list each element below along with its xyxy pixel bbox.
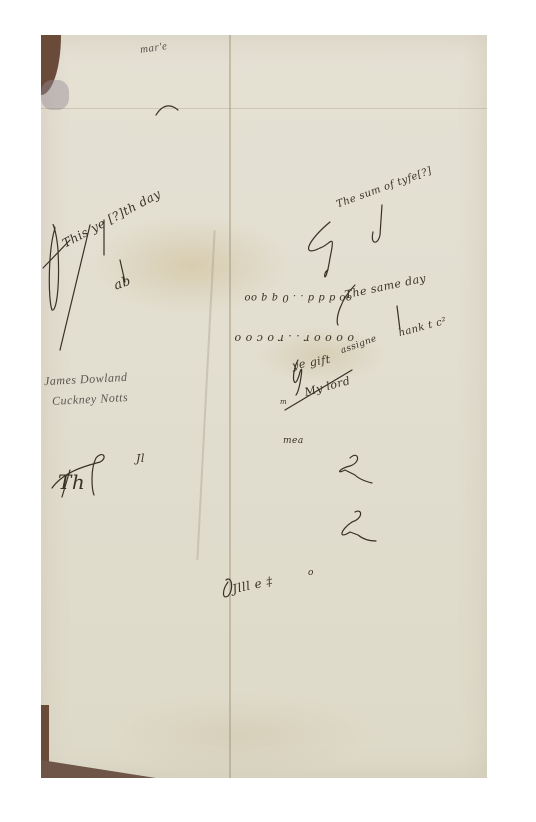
th-mark-2: Jl (136, 452, 145, 465)
th-mark: Th (58, 470, 85, 494)
stain-top-left (41, 80, 69, 110)
bottom-o: o (308, 568, 314, 578)
mark-m: m (280, 398, 287, 406)
row-2-figures: o o o o r . . r o c o o (234, 332, 354, 345)
mea-text: mea (283, 436, 304, 446)
row-1-figures: oo d d d . . 0 q q oo (244, 292, 352, 303)
horizontal-fold-line (41, 108, 487, 109)
manuscript-page (41, 35, 487, 778)
vertical-fold-line (229, 35, 231, 778)
